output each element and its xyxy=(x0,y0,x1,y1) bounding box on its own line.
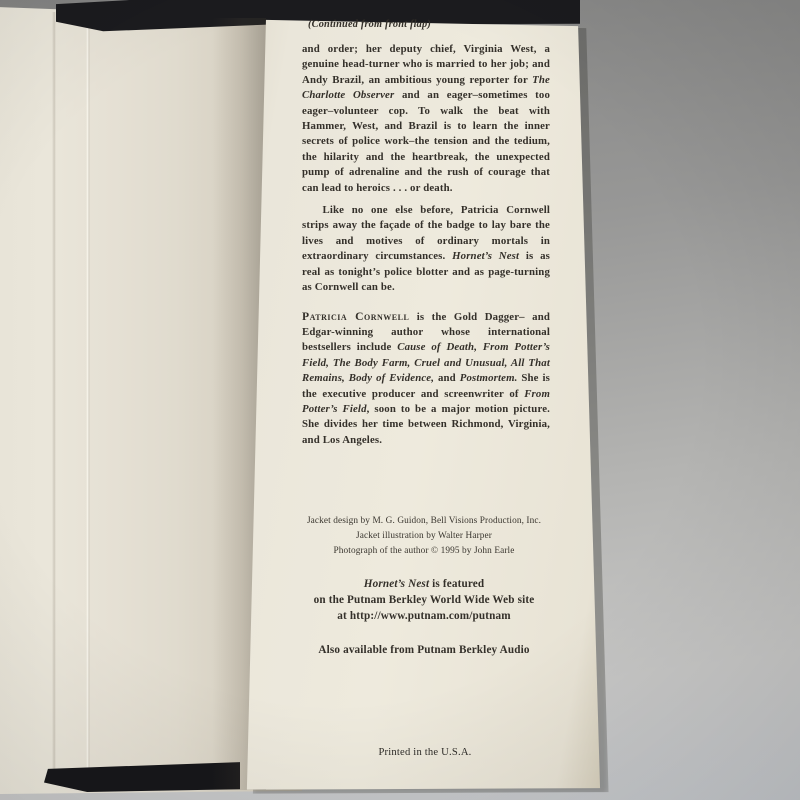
printed-in-usa-note: Printed in the U.S.A. xyxy=(300,747,550,758)
jacket-credits: Jacket design by M. G. Guidon, Bell Visi… xyxy=(288,514,560,558)
author-photo-credit: Photograph of the author © 1995 by John … xyxy=(288,544,560,559)
website-feature-line-2: on the Putnam Berkley World Wide Web sit… xyxy=(282,593,566,609)
jacket-illustration-credit: Jacket illustration by Walter Harper xyxy=(288,529,560,544)
website-feature-note: Hornet’s Nest is featured on the Putnam … xyxy=(282,577,566,624)
continued-from-front-flap-note: (Continued from front flap) xyxy=(308,19,550,30)
flap-paragraph-2: Like no one else before, Patricia Cornwe… xyxy=(302,203,550,295)
website-feature-line-1: Hornet’s Nest is featured xyxy=(282,577,566,593)
author-bio-paragraph: Patricia Cornwell is the Gold Dagger– an… xyxy=(302,309,550,449)
flap-paragraph-1: and order; her deputy chief, Virginia We… xyxy=(302,42,550,196)
audio-availability-note: Also available from Putnam Berkley Audio xyxy=(282,644,566,656)
book-photo: (Continued from front flap) and order; h… xyxy=(0,0,800,800)
jacket-design-credit: Jacket design by M. G. Guidon, Bell Visi… xyxy=(288,514,560,529)
flap-copy-column: and order; her deputy chief, Virginia We… xyxy=(302,42,550,448)
website-feature-url-line: at http://www.putnam.com/putnam xyxy=(282,609,566,625)
